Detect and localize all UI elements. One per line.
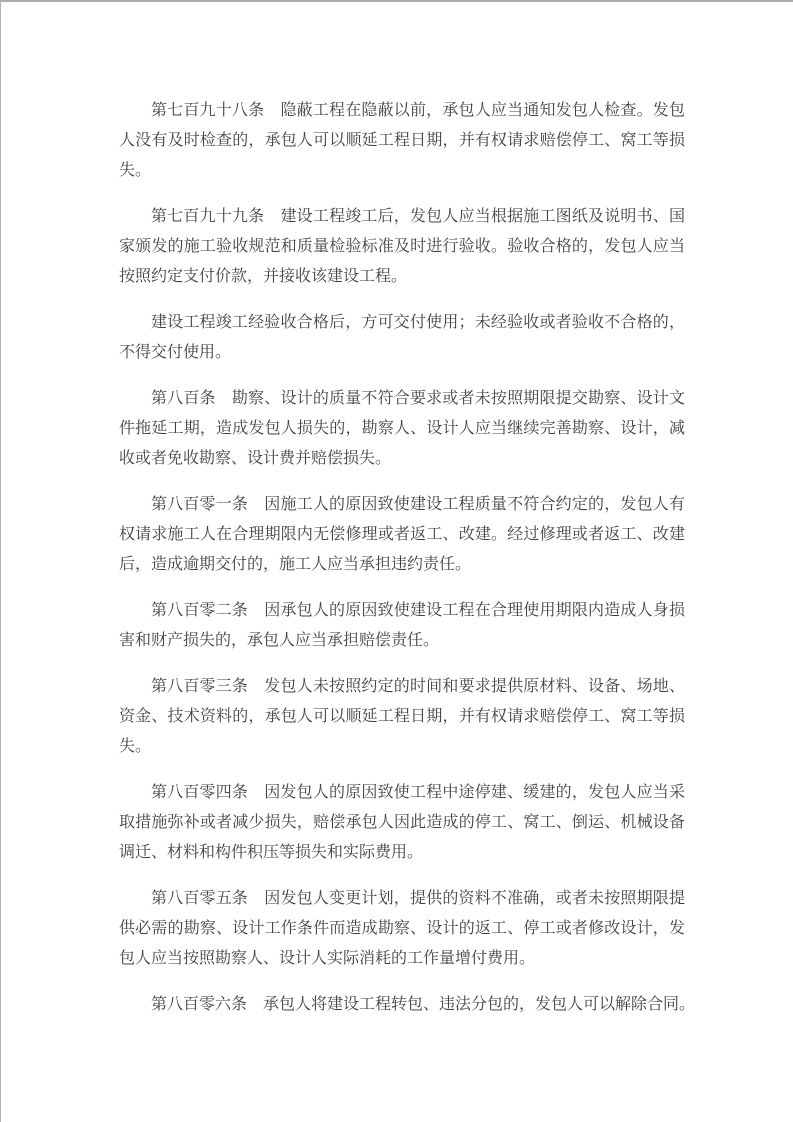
article-799-text: 第七百九十九条 建设工程竣工后，发包人应当根据施工图纸及说明书、国家颁发的施工验… [119, 202, 685, 292]
page-left-border [0, 0, 1, 1122]
article-798-text: 第七百九十八条 隐蔽工程在隐蔽以前，承包人应当通知发包人检查。发包人没有及时检查… [119, 96, 685, 186]
article-801-text: 第八百零一条 因施工人的原因致使建设工程质量不符合约定的，发包人有权请求施工人在… [119, 490, 685, 580]
article-799-para2-text: 建设工程竣工经验收合格后，方可交付使用；未经验收或者验收不合格的，不得交付使用。 [119, 308, 685, 368]
article-804-text: 第八百零四条 因发包人的原因致使工程中途停建、缓建的，发包人应当采取措施弥补或者… [119, 778, 685, 868]
article-805-text: 第八百零五条 因发包人变更计划，提供的资料不准确，或者未按照期限提供必需的勘察、… [119, 884, 685, 974]
article-802-text: 第八百零二条 因承包人的原因致使建设工程在合理使用期限内造成人身损害和财产损失的… [119, 596, 685, 656]
article-803-text: 第八百零三条 发包人未按照约定的时间和要求提供原材料、设备、场地、资金、技术资料… [119, 672, 685, 762]
document-page: 第七百九十八条 隐蔽工程在隐蔽以前，承包人应当通知发包人检查。发包人没有及时检查… [119, 96, 685, 1036]
article-800-text: 第八百条 勘察、设计的质量不符合要求或者未按照期限提交勘察、设计文件拖延工期，造… [119, 384, 685, 474]
article-806-text: 第八百零六条 承包人将建设工程转包、违法分包的，发包人可以解除合同。 [119, 990, 685, 1020]
page-top-border [0, 0, 793, 2]
